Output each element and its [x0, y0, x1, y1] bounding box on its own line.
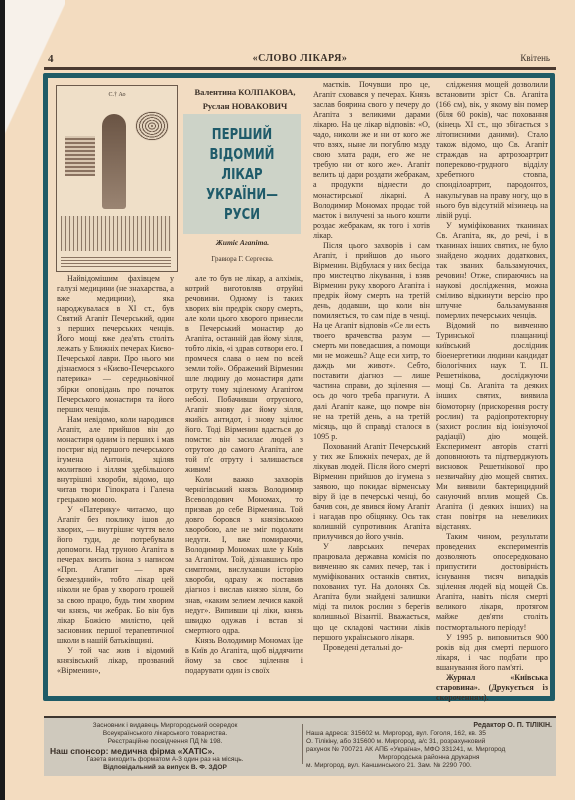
registration: Реєстраційне посвідчення ПД № 198.	[50, 738, 280, 746]
title-line-1: ПЕРШИЙ	[196, 124, 288, 144]
church-drawing	[65, 136, 95, 176]
author-2: Руслан НОВАКОВИЧ	[185, 99, 305, 113]
paragraph: У той час жив і відомий князівський ліка…	[57, 646, 174, 676]
imprint-left: Засновник і видавець Миргородський осере…	[50, 722, 280, 772]
paragraph: Найвідомішим фахівцем у галузі медицини …	[57, 274, 174, 415]
author-1: Валентина КОЛПАКОВА,	[185, 85, 305, 99]
founder-line-2: Всеукраїнського лікарського товариства.	[50, 730, 280, 738]
paragraph: Коли важко захворів чернігівський князь …	[185, 475, 303, 636]
imprint-footer: Засновник і видавець Миргородський осере…	[44, 716, 556, 776]
title-line-2: ВІДОМИЙ ЛІКАР	[196, 144, 288, 184]
article-authors: Валентина КОЛПАКОВА, Руслан НОВАКОВИЧ	[185, 85, 305, 113]
article-column-3: маєтків. Почувши про це, Агапіт сховався…	[313, 80, 430, 653]
paragraph: Відомий по вивченню Туринської плащаниці…	[436, 321, 548, 532]
header-rule	[44, 67, 556, 70]
title-line-3: УКРАЇНИ—РУСИ	[196, 184, 288, 224]
editor: Редактор О. П. ТІЛІКІН.	[306, 722, 552, 730]
paragraph: Після цього захворів і сам Агапіт, і при…	[313, 241, 430, 442]
illustration-caption: Житіє Агапіта.	[180, 238, 305, 247]
engraving-inscription: С.† Ао	[67, 92, 167, 98]
paragraph: Похований Агапіт Печерський у тих же Бли…	[313, 442, 430, 542]
saint-figure	[102, 114, 126, 209]
paragraph: У «Патерику» читаємо, що Агапіт без покл…	[57, 505, 174, 646]
engraving-caption-lines	[61, 257, 171, 267]
paragraph: слідження мощей дозволили встановити зрі…	[436, 80, 548, 221]
article-column-1: Найвідомішим фахівцем у галузі медицини …	[57, 274, 174, 676]
paragraph: Таким чином, результати проведених експе…	[436, 532, 548, 632]
paragraph: маєтків. Почувши про це, Агапіт сховався…	[313, 80, 430, 241]
imprint-right: Редактор О. П. ТІЛІКІН. Наша адреса: 315…	[306, 722, 552, 770]
issue-month: Квітень	[520, 53, 550, 63]
article-title: ПЕРШИЙ ВІДОМИЙ ЛІКАР УКРАЇНИ—РУСИ	[196, 124, 288, 224]
source-note: Журнал «Київська старовина». (Друкується…	[436, 673, 548, 703]
paragraph: Нам невідомо, коли народився Агапіт, але…	[57, 415, 174, 505]
address-1: Наша адреса: 315602 м. Миргород, вул. Го…	[306, 730, 552, 738]
article-column-2: але то був не лікар, а алхімік, котрий в…	[185, 274, 303, 676]
responsible-editor: Відповідальний за випуск В. Ф. ЗДОР	[50, 764, 280, 772]
paragraph: У муміфікованих тканинах Св. Агапіта, як…	[436, 221, 548, 321]
address-2: О. Тілікіну, або 315600 м. Миргород, а/с…	[306, 738, 552, 746]
paragraph: У лаврських печерах працювала державна к…	[313, 542, 430, 642]
article-column-4: слідження мощей дозволили встановити зрі…	[436, 80, 548, 703]
printer-address: м. Миргород, вул. Каншинського 21. Зам. …	[306, 762, 552, 770]
publication-format: Газета виходить форматом А-3 один раз на…	[50, 756, 280, 764]
founder-line-1: Засновник і видавець Миргородський осере…	[50, 722, 280, 730]
engraving-lower-scene	[61, 216, 171, 251]
sponsor: Наш спонсор: медична фірма «ХАТІС».	[50, 746, 280, 756]
tree-drawing	[135, 111, 169, 141]
newspaper-title: «СЛОВО ЛІКАРЯ»	[44, 53, 556, 64]
article-title-box: ПЕРШИЙ ВІДОМИЙ ЛІКАР УКРАЇНИ—РУСИ	[183, 114, 301, 234]
imprint-divider	[302, 724, 303, 764]
paragraph: Князь Володимир Мономах їде в Київ до Аг…	[185, 636, 303, 676]
paragraph: Проведені детальні до-	[313, 643, 430, 653]
paragraph: але то був не лікар, а алхімік, котрий в…	[185, 274, 303, 475]
engraving-illustration: С.† Ао	[56, 85, 178, 272]
paragraph: У 1995 р. виповниться 900 років від дня …	[436, 633, 548, 673]
illustration-credit: Гравюра Г. Сергеєва.	[180, 255, 305, 263]
printer: Миргородська районна друкарня	[306, 754, 552, 762]
page-header: 4 «СЛОВО ЛІКАРЯ» Квітень	[44, 53, 556, 67]
bank-account: рахунок № 700721 АК АПБ «Україна», МФО 3…	[306, 746, 552, 754]
